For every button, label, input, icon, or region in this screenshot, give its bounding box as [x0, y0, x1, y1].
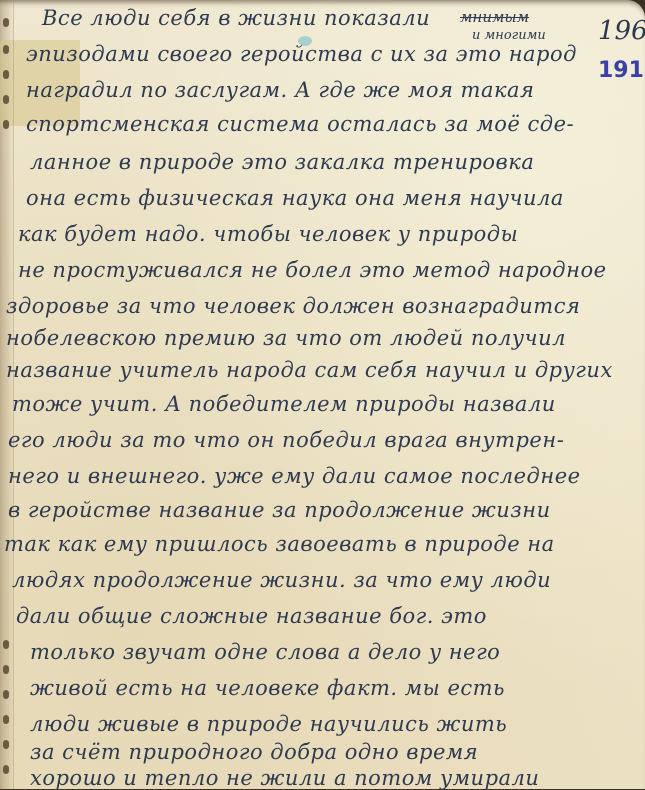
text-line: эпизодами своего геройства с их за это н… — [26, 42, 577, 66]
text-line: хорошо и тепло не жили а потом умирали — [30, 766, 539, 789]
binding-hole-icon — [3, 18, 9, 27]
text-line: дали общие сложные название бог. это — [16, 604, 487, 628]
text-line: спортсменская система осталась за моё сд… — [26, 112, 574, 136]
text-line: так как ему пришлось завоевать в природе… — [4, 532, 555, 556]
text-line: нобелевскою премию за что от людей получ… — [6, 326, 566, 350]
text-line: него и внешнего. уже ему дали самое посл… — [8, 464, 581, 488]
text-line: ланное в природе это закалка тренировка — [30, 150, 534, 174]
binding-hole-icon — [3, 120, 9, 129]
text-line: его люди за то что он победил врага внут… — [8, 428, 564, 452]
text-line: в геройстве название за продолжение жизн… — [8, 498, 551, 522]
text-line: наградил по заслугам. А где же моя такая — [26, 78, 534, 102]
binding-hole-icon — [3, 45, 9, 54]
binding-hole-icon — [3, 640, 9, 649]
binding-hole-icon — [3, 70, 9, 79]
text-line: люди живые в природе научились жить — [30, 712, 507, 736]
text-line: здоровье за что человек должен вознаград… — [6, 294, 580, 318]
binding-hole-icon — [3, 740, 9, 749]
text-line: Все люди себя в жизни показали — [42, 6, 430, 30]
notebook-page: 196 191 191 мнимым и многими Все люди се… — [0, 0, 645, 789]
struck-word: мнимым — [460, 8, 529, 26]
text-line: она есть физическая наука она меня научи… — [26, 186, 564, 210]
text-line: за счёт природного добра одно время — [30, 740, 478, 764]
page-number-stamped: 191 — [598, 58, 644, 83]
binding-hole-icon — [3, 690, 9, 699]
text-line: как будет надо. чтобы человек у природы — [18, 222, 518, 246]
binding-hole-icon — [3, 95, 9, 104]
margin-insert: и многими — [472, 28, 546, 43]
text-line: живой есть на человеке факт. мы есть — [30, 676, 505, 700]
text-line: только звучат одне слова а дело у него — [30, 640, 500, 664]
binding-hole-icon — [3, 715, 9, 724]
text-line: тоже учит. А победителем природы назвали — [12, 392, 556, 416]
binding-hole-icon — [3, 765, 9, 774]
text-line: название учитель народа сам себя научил … — [6, 358, 613, 382]
text-line: людях продолжение жизни. за что ему люди — [12, 568, 551, 592]
binding-hole-icon — [3, 665, 9, 674]
text-line: не простуживался не болел это метод наро… — [18, 258, 607, 282]
page-number-handwritten: 196 — [598, 16, 645, 46]
